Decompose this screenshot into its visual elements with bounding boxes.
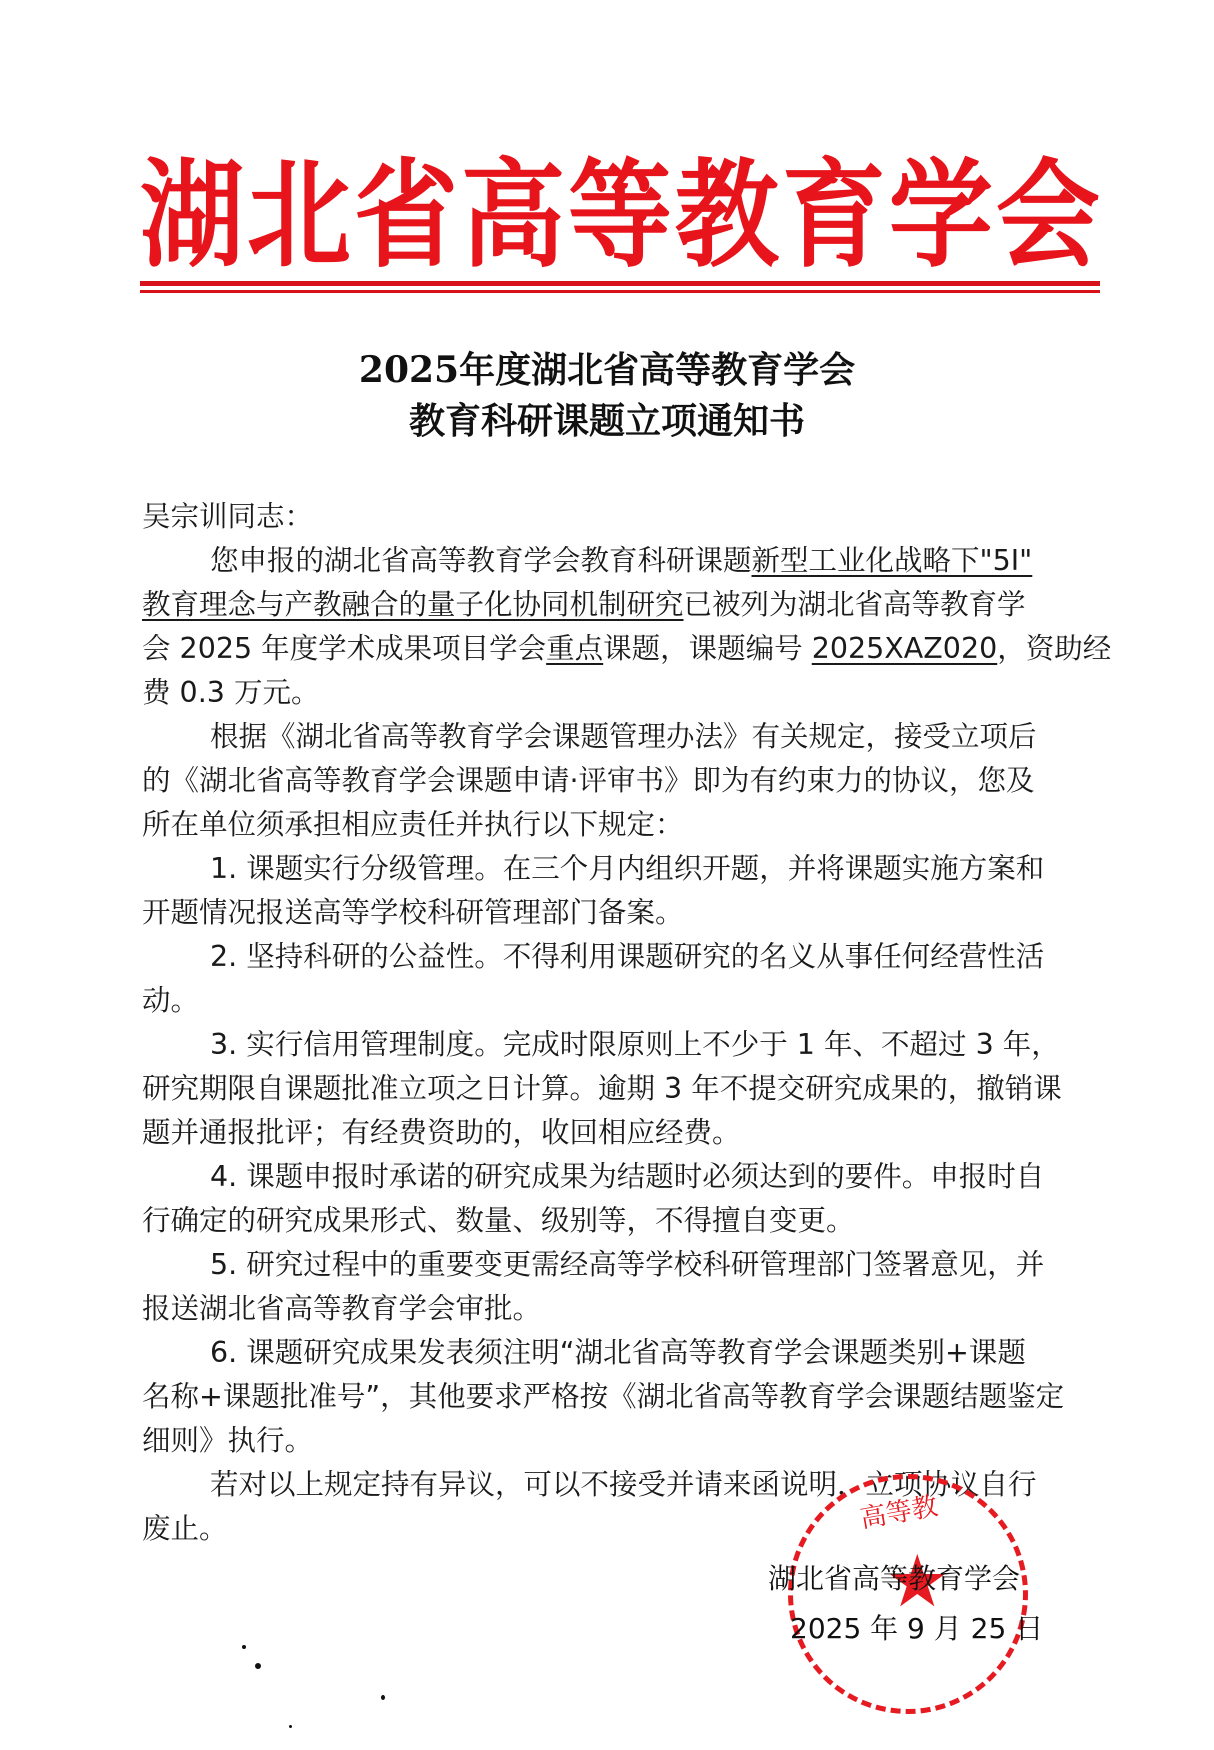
- letterhead-char: 等: [568, 157, 672, 273]
- rule-1-line2: 开题情况报送高等学校科研管理部门备案。: [142, 899, 684, 928]
- signature-date: 2025 年 9 月 25 日: [790, 1615, 1043, 1643]
- letterhead-char: 湖: [140, 157, 244, 273]
- letterhead-char: 教: [675, 157, 779, 273]
- rule-1-line1: 1. 课题实行分级管理。在三个月内组织开题，并将课题实施方案和: [210, 855, 1044, 884]
- letterhead: 湖 北 省 高 等 教 育 学 会: [140, 150, 1100, 280]
- text: 课题，课题编号: [603, 632, 812, 665]
- scan-speck: [381, 1695, 385, 1700]
- document-title-line1: 2025年度湖北省高等教育学会: [0, 352, 1214, 388]
- text: 会 2025 年度学术成果项目学会: [142, 632, 546, 665]
- rule-3-line3: 题并通报批评；有经费资助的，收回相应经费。: [142, 1119, 741, 1148]
- paragraph2-line1: 根据《湖北省高等教育学会课题管理办法》有关规定，接受立项后: [210, 723, 1037, 752]
- letterhead-char: 北: [247, 157, 351, 273]
- letterhead-char: 学: [889, 157, 993, 273]
- rule-3-line1: 3. 实行信用管理制度。完成时限原则上不少于 1 年、不超过 3 年，: [210, 1031, 1060, 1060]
- paragraph2-line2: 的《湖北省高等教育学会课题申请·评审书》即为有约束力的协议，您及: [142, 767, 1035, 796]
- letterhead-divider-thin: [140, 290, 1100, 293]
- text: ，资助经: [997, 632, 1111, 665]
- rule-5-line1: 5. 研究过程中的重要变更需经高等学校科研管理部门签署意见，并: [210, 1251, 1044, 1280]
- document-title-line2: 教育科研课题立项通知书: [0, 403, 1214, 439]
- rule-6-line1: 6. 课题研究成果发表须注明“湖北省高等教育学会课题类别+课题: [210, 1339, 1026, 1368]
- letterhead-char: 省: [354, 157, 458, 273]
- paragraph1-line2: 教育理念与产教融合的量子化协同机制研究已被列为湖北省高等教育学: [142, 591, 1026, 620]
- rule-4-line1: 4. 课题申报时承诺的研究成果为结题时必须达到的要件。申报时自: [210, 1163, 1044, 1192]
- letterhead-char: 育: [782, 157, 886, 273]
- closing-line2: 废止。: [142, 1515, 228, 1544]
- rule-6-line2: 名称+课题批准号”，其他要求严格按《湖北省高等教育学会课题结题鉴定: [142, 1383, 1064, 1412]
- scan-speck: [289, 1725, 292, 1728]
- letterhead-divider-thick: [140, 281, 1100, 286]
- paragraph1-line1: 您申报的湖北省高等教育学会教育科研课题新型工业化战略下"5I": [210, 547, 1032, 576]
- paragraph1-line3: 会 2025 年度学术成果项目学会重点课题，课题编号 2025XAZ020，资助…: [142, 635, 1111, 664]
- project-title: 教育理念与产教融合的量子化协同机制研究: [142, 588, 684, 621]
- letterhead-char: 高: [461, 157, 565, 273]
- rule-3-line2: 研究期限自课题批准立项之日计算。逾期 3 年不提交研究成果的，撤销课: [142, 1075, 1062, 1104]
- rule-5-line2: 报送湖北省高等教育学会审批。: [142, 1295, 541, 1324]
- rule-6-line3: 细则》执行。: [142, 1427, 313, 1456]
- salutation: 吴宗训同志：: [142, 503, 313, 532]
- notice-document: 湖 北 省 高 等 教 育 学 会 2025年度湖北省高等教育学会 教育科研课题…: [0, 0, 1214, 1750]
- scan-speck: [242, 1645, 246, 1649]
- scan-speck: [255, 1663, 261, 1669]
- paragraph2-line3: 所在单位须承担相应责任并执行以下规定：: [142, 811, 684, 840]
- rule-2-line2: 动。: [142, 987, 199, 1016]
- paragraph1-line4: 费 0.3 万元。: [142, 679, 319, 708]
- rule-2-line1: 2. 坚持科研的公益性。不得利用课题研究的名义从事任何经营性活: [210, 943, 1044, 972]
- project-title: 新型工业化战略下"5I": [752, 544, 1033, 577]
- letterhead-char: 会: [996, 157, 1100, 273]
- project-code: 2025XAZ020: [812, 632, 997, 665]
- signature-org: 湖北省高等教育学会: [768, 1565, 1020, 1593]
- text: 您申报的湖北省高等教育学会教育科研课题: [210, 544, 752, 577]
- rule-4-line2: 行确定的研究成果形式、数量、级别等，不得擅自变更。: [142, 1207, 855, 1236]
- project-level: 重点: [546, 632, 603, 665]
- text: 已被列为湖北省高等教育学: [684, 588, 1026, 621]
